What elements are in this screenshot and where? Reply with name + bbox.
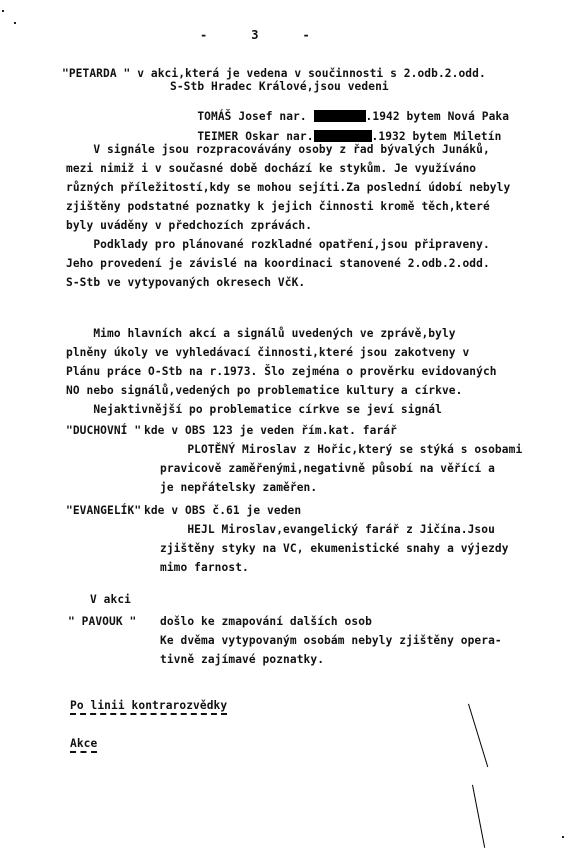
paragraph-line: S-Stb ve vytypovaných okresech VčK.	[66, 276, 305, 290]
action-line: tivně zajímavé poznatky.	[160, 653, 324, 667]
section-heading: Po linii kontrarozvědky	[70, 699, 227, 713]
signal-label: "EVANGELÍK"	[66, 504, 141, 518]
signal-line: je nepřátelsky zaměřen.	[160, 481, 317, 495]
signal-line: PLOTĚNÝ Miroslav z Hořic,který se stýká …	[160, 443, 522, 457]
action-label: " PAVOUK "	[68, 615, 136, 629]
signal-line: zjištěny styky na VC, ekumenistické snah…	[160, 542, 509, 556]
paragraph-line: Plánu práce O-Stb na r.1973. Šlo zejména…	[66, 365, 497, 379]
paragraph-line: NO nebo signálů,vedených po problematice…	[66, 384, 462, 398]
paragraph-line: různých příležitostí,kdy se mohou sejíti…	[66, 181, 510, 195]
action-line: došlo ke zmapování dalších osob	[160, 615, 372, 629]
paragraph-line: Nejaktivnější po problematice církve se …	[66, 403, 442, 417]
paragraph-line: zjištěny podstatné poznatky k jejich čin…	[66, 200, 490, 214]
paragraph-line: V signále jsou rozpracovávány osoby z řa…	[66, 143, 490, 157]
signal-line: HEJL Miroslav,evangelický farář z Jičína…	[160, 523, 495, 537]
pencil-mark	[472, 785, 485, 848]
page-number: - 3 -	[200, 28, 310, 42]
v-akci-label: V akci	[90, 593, 131, 607]
petarda-line-1: "PETARDA " v akci,která je vedena v souč…	[62, 67, 486, 81]
signal-line: pravicově zaměřenými,negativně působí na…	[160, 462, 495, 476]
paragraph-line: Podklady pro plánované rozkladné opatřen…	[66, 238, 490, 252]
signal-line: mimo farnost.	[160, 561, 249, 575]
scan-speck	[2, 10, 4, 12]
paragraph-line: mezi nimiž i v současné době dochází ke …	[66, 162, 476, 176]
subsection-heading: Akce	[70, 737, 97, 751]
signal-label: "DUCHOVNÍ "	[66, 424, 141, 438]
person-2-details: .1932 bytem Miletín	[372, 130, 502, 143]
pencil-mark	[468, 704, 488, 767]
petarda-line-2: S-Stb Hradec Králové,jsou vedeni	[170, 80, 389, 94]
paragraph-line: plněny úkoly ve vyhledávací činnosti,kte…	[66, 346, 469, 360]
subsection-heading-text: Akce	[70, 737, 97, 753]
redaction-bar	[314, 130, 372, 142]
action-line: Ke dvěma vytypovaným osobám nebyly zjišt…	[160, 634, 502, 648]
signal-line: kde v OBS č.61 je veden	[144, 504, 301, 518]
person-2-name: TEIMER Oskar nar.	[197, 130, 313, 143]
paragraph-line: Jeho provedení je závislé na koordinaci …	[66, 257, 490, 271]
paragraph-line: Mimo hlavních akcí a signálů uvedených v…	[66, 327, 456, 341]
scan-speck	[14, 22, 16, 24]
scan-speck	[562, 836, 564, 838]
section-heading-text: Po linii kontrarozvědky	[70, 699, 227, 715]
signal-line: kde v OBS 123 je veden řím.kat. farář	[144, 424, 397, 438]
paragraph-line: byly uváděny v předchozích zprávách.	[66, 219, 312, 233]
